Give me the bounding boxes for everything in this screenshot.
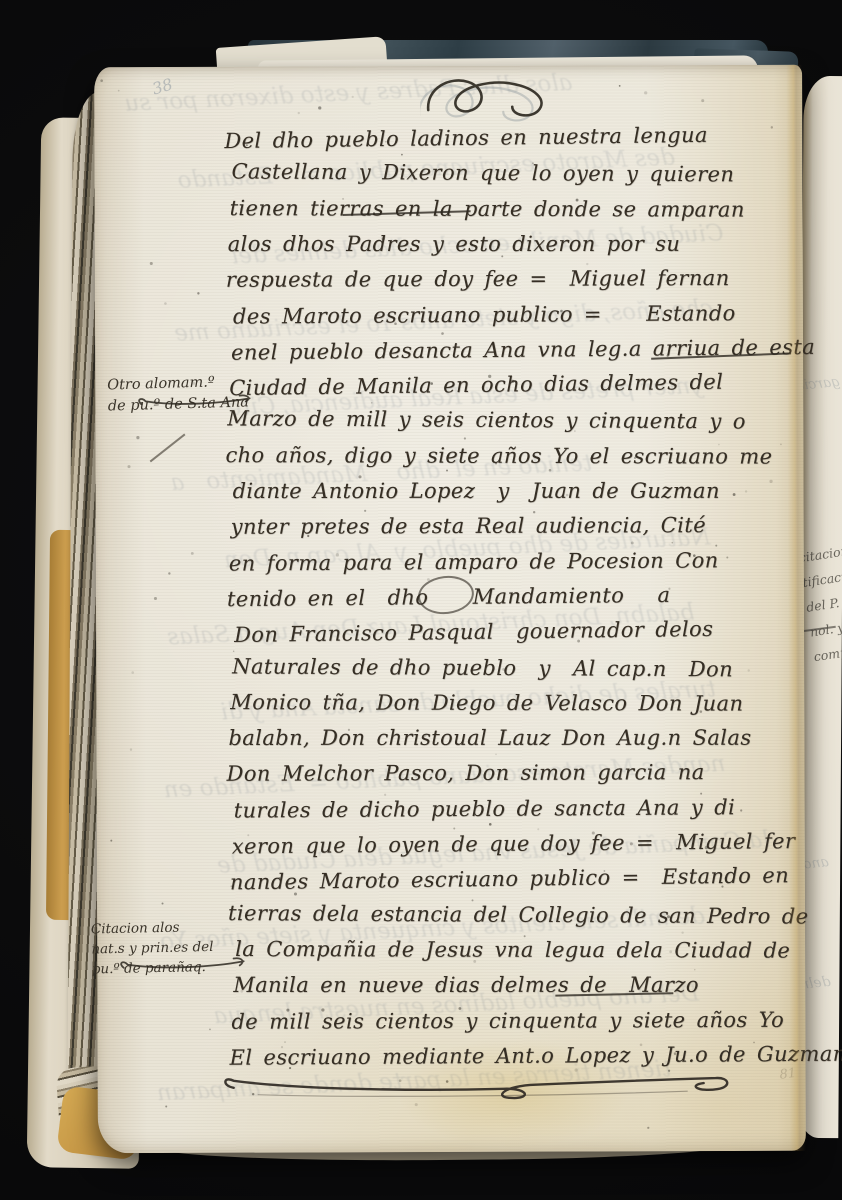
manuscript-line-22: nandes Maroto escriuano publico = Estand…: [230, 859, 790, 898]
manuscript-line-24: la Compañia de Jesus vna legua dela Ciud…: [235, 933, 790, 967]
manuscript-photo: citacion tificacion del P. nol. y comp.ª…: [0, 0, 842, 1200]
text-block: Del dho pueblo ladinos en nuestra lengua…: [228, 121, 797, 1103]
manuscript-line-15: Don Francisco Pasqual gouernador delos: [234, 613, 714, 651]
manuscript-line-26: de mill seis cientos y cinquenta y siete…: [231, 1003, 784, 1037]
manuscript-line-5: respuesta de que doy fee = Miguel fernan: [226, 262, 730, 296]
manuscript-line-9: Marzo de mill y seis cientos y cinquenta…: [227, 403, 746, 438]
manuscript-page: alos dhos Padres y esto dixeron por sude…: [94, 65, 806, 1153]
manuscript-line-13: en forma para el amparo de Pocesion Con: [229, 544, 719, 579]
pencil-folio-number-top: 38: [150, 75, 175, 99]
manuscript-line-2: Castellana y Dixeron que lo oyen y quier…: [231, 156, 734, 191]
paper-speckles: [98, 71, 99, 72]
bottom-rule-flourish: [218, 1071, 746, 1107]
manuscript-line-20: turales de dicho pueblo de sancta Ana y …: [234, 791, 736, 826]
manuscript-line-8: Ciudad de Manila en ocho dias delmes del: [229, 366, 723, 404]
manuscript-line-19: Don Melchor Pasco, Don simon garcia na: [227, 757, 705, 791]
manuscript-line-3: tienen tierras en la parte donde se ampa…: [230, 192, 745, 225]
margin-note-santa-ana: Otro alomam.º de pu.º de S.ta Ana: [106, 333, 137, 439]
manuscript-line-27: El escriuano mediante Ant.o Lopez y Ju.o…: [229, 1037, 842, 1073]
manuscript-line-16: Naturales de dho pueblo y Al cap.n Don: [232, 650, 733, 685]
ink-slash-mark: [150, 434, 186, 462]
margin-note-citacion: Citacion alos nat.s y prin.es del pu.º d…: [90, 879, 118, 1000]
manuscript-line-1: Del dho pueblo ladinos en nuestra lengua: [224, 119, 708, 157]
manuscript-line-17: Monico tña, Don Diego de Velasco Don Jua…: [230, 686, 743, 719]
manuscript-line-21: xeron que lo oyen de que doy fee = Migue…: [232, 825, 796, 863]
manuscript-line-12: ynter pretes de esta Real audiencia, Cit…: [231, 509, 706, 543]
manuscript-line-4: alos dhos Padres y esto dixeron por su: [228, 228, 681, 260]
manuscript-line-10: cho años, digo y siete años Yo el escriu…: [225, 439, 772, 473]
margin-note-line: Citacion alos: [91, 918, 180, 940]
manuscript-line-6: des Maroto escriuano publico = Estando: [233, 297, 736, 332]
manuscript-line-25: Manila en nueve dias delmes de Marzo: [233, 969, 699, 1001]
manuscript-line-7: enel pueblo desancta Ana vna leg.a arriu…: [231, 331, 815, 369]
top-flourish-icon: [420, 70, 560, 124]
manuscript-line-23: tierras dela estancia del Collegio de sa…: [228, 897, 809, 932]
margin-note-line: nat.s y prin.es del: [91, 937, 214, 960]
manuscript-line-11: diante Antonio Lopez y Juan de Guzman: [233, 475, 720, 507]
manuscript-line-18: balabn, Don christoual Lauz Don Aug.n Sa…: [228, 722, 751, 754]
margin-note-underline-flourish: [117, 956, 249, 973]
